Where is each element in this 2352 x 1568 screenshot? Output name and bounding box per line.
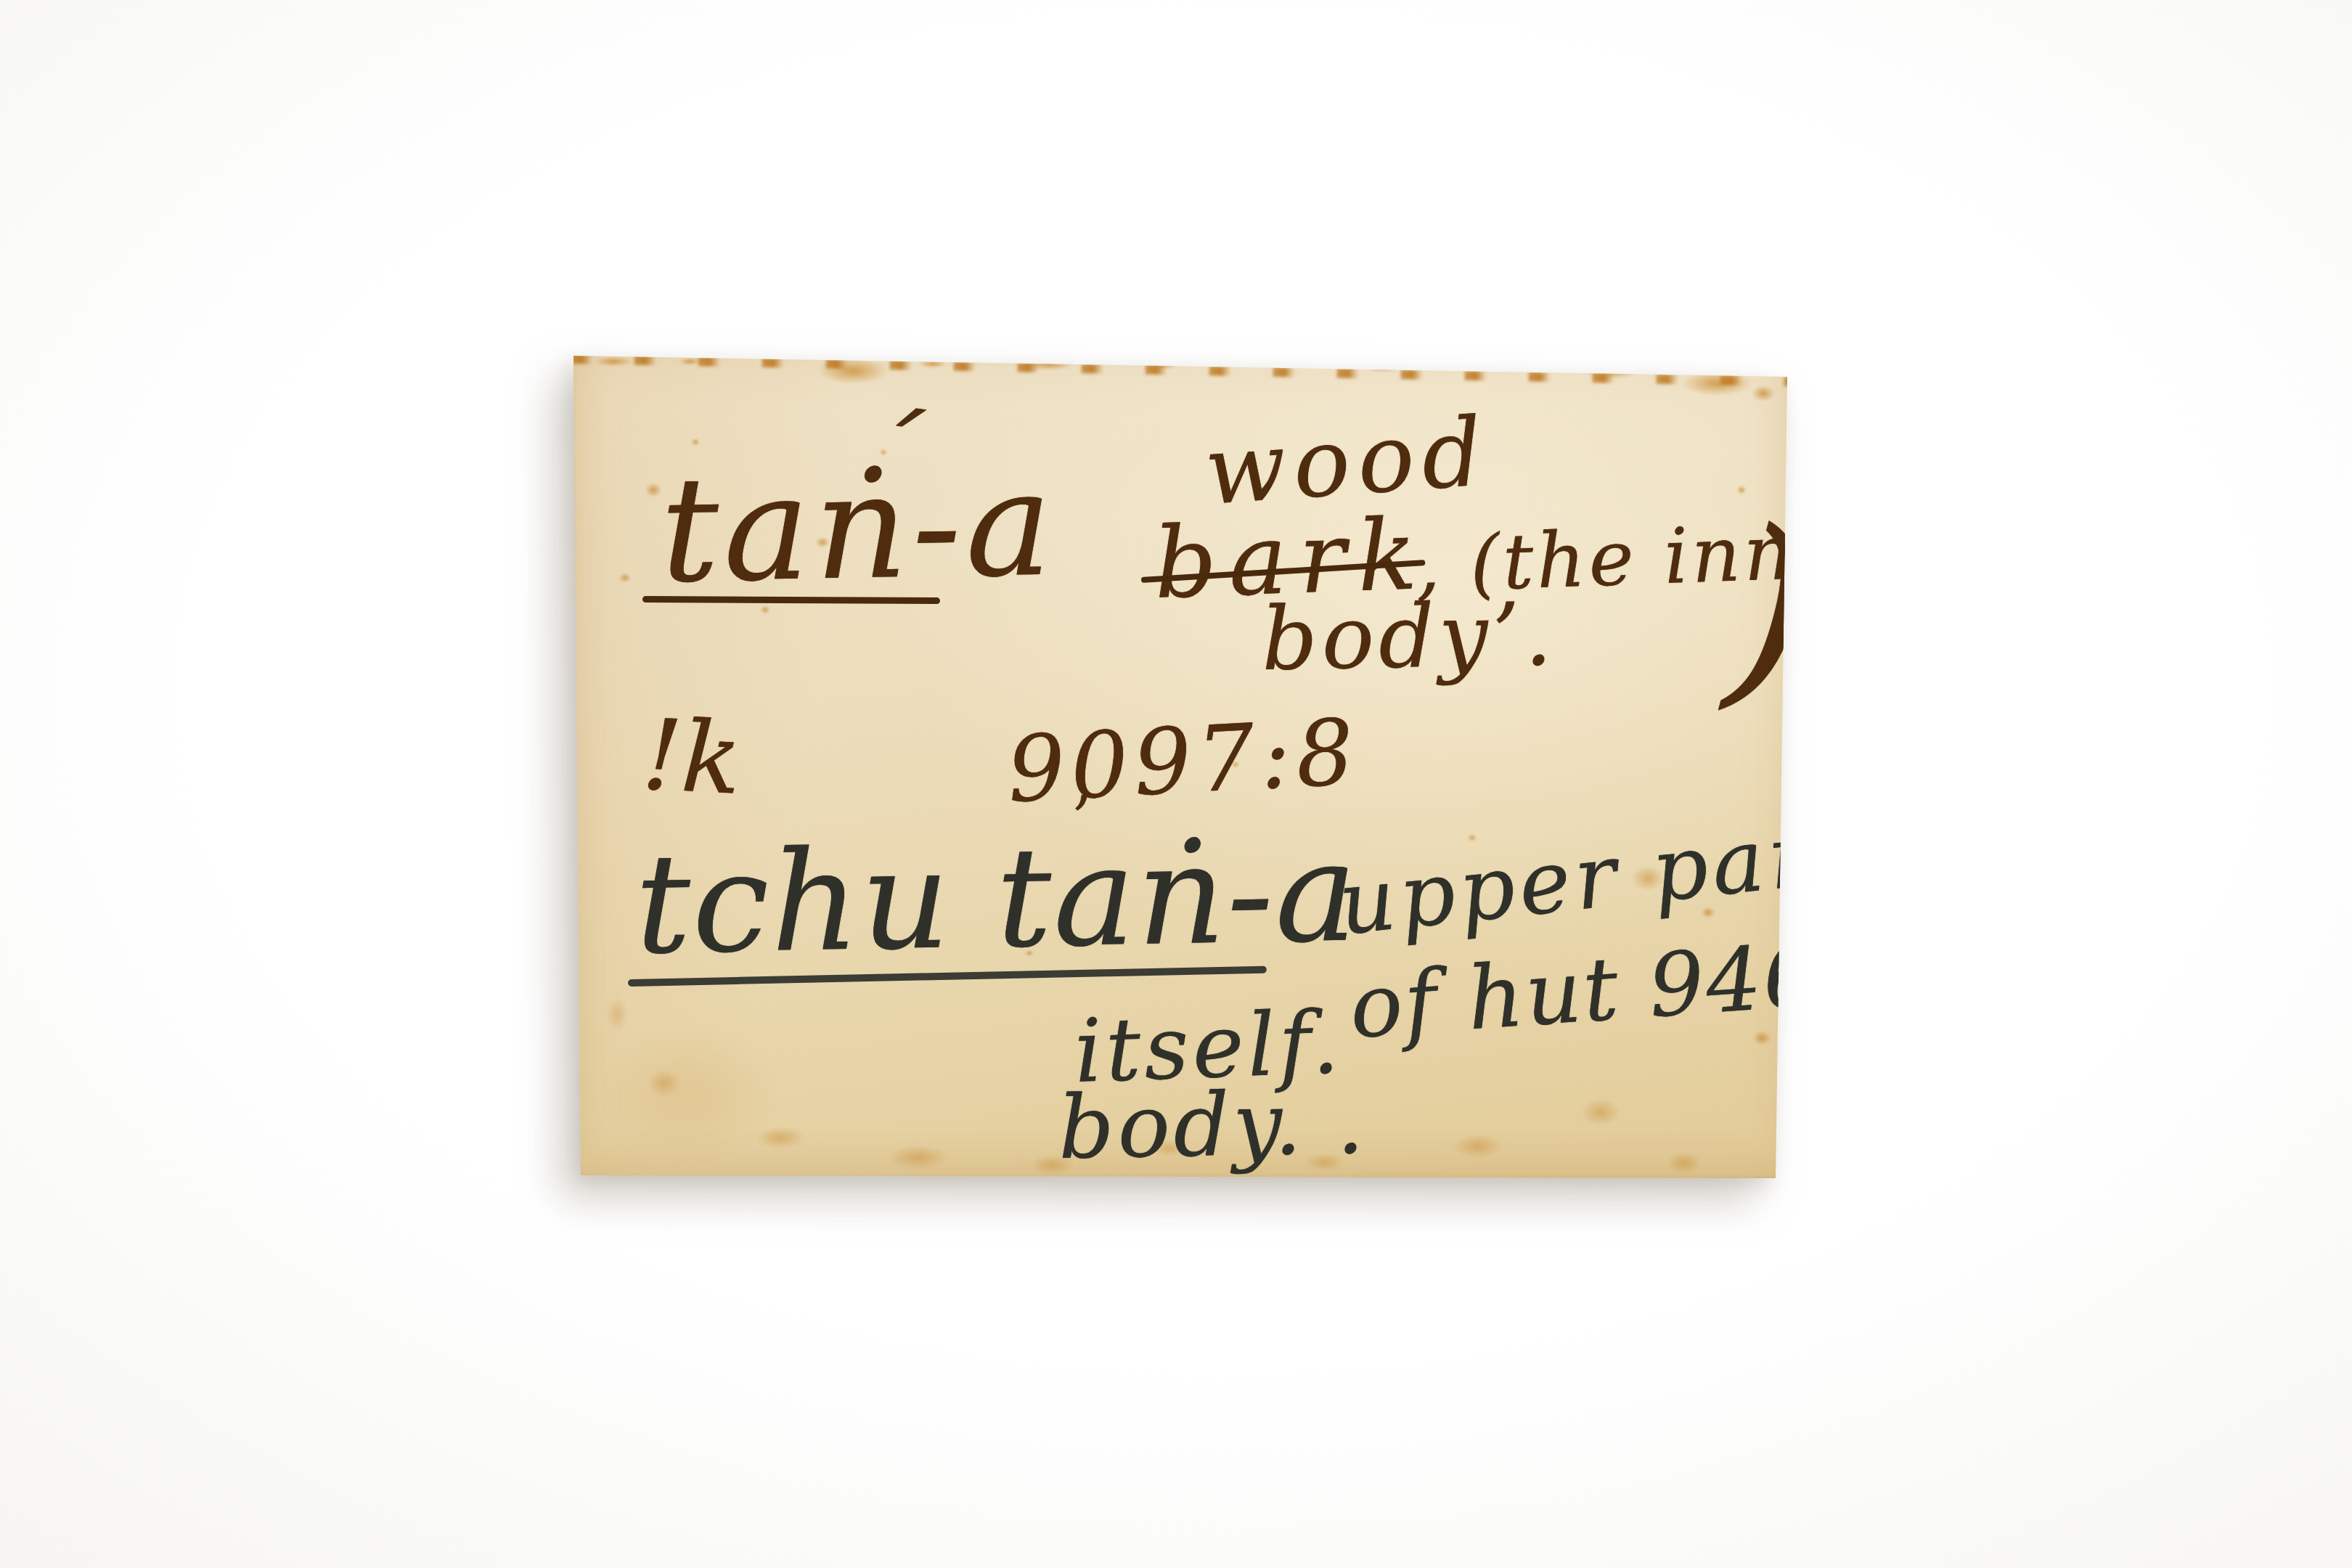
foxing-spot [617,571,633,584]
gloss-body1: body’. [1261,592,1557,684]
photo-stage: ´ taṅ-a wood bark , (the inner ) body’. … [0,0,2352,1568]
foxing-spot [588,355,639,368]
foxing-spot [915,358,951,369]
entry2-word: tchu taṅ-a [634,824,1360,974]
gloss-closing-paren: ) [1723,517,1817,701]
gloss-body2: body. . [1058,1080,1368,1172]
foxing-spot [1749,1029,1774,1048]
entry1-word: taṅ-a [659,452,1058,603]
click-notation: !k [640,706,743,809]
index-card: ´ taṅ-a wood bark , (the inner ) body’. … [573,354,1789,1181]
foxing-spot [1357,361,1408,374]
foxing-spot [573,1007,806,1181]
foxing-spot [878,1141,958,1174]
foxing-spot [1016,356,1082,372]
foxing-spot [1575,1094,1626,1130]
catalog-number: 9097:8 [1005,707,1362,816]
top-edge-foxing [571,354,1797,386]
foxing-spot [1445,1130,1510,1162]
foxing-spot [1256,358,1285,368]
foxing-spot [1575,362,1648,381]
foxing-spot [1748,383,1779,404]
foxing-spot [675,356,704,367]
foxing-spot [806,354,900,388]
foxing-spot [1140,359,1183,371]
foxing-spot [1662,1148,1706,1177]
card-wrapper: ´ taṅ-a wood bark , (the inner ) body’. … [573,354,1789,1181]
foxing-spot [1466,359,1503,371]
